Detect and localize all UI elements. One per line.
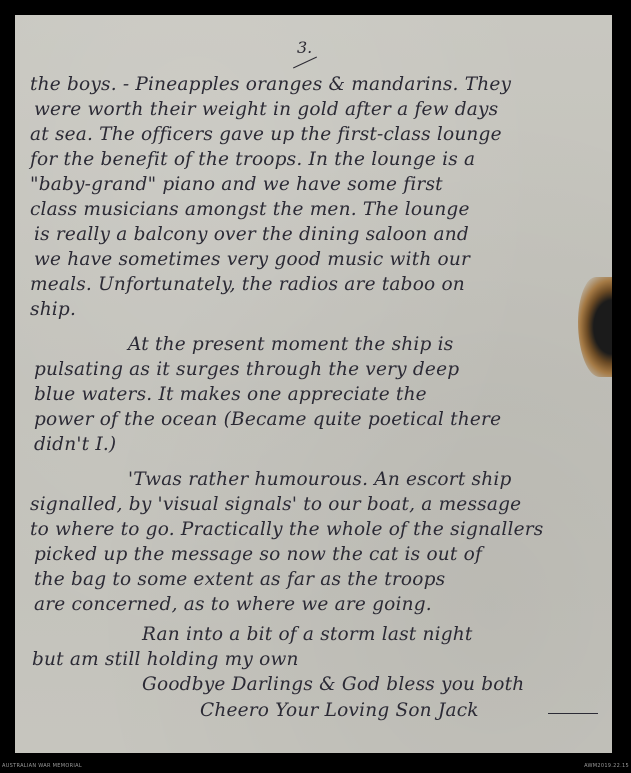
letter-line: but am still holding my own xyxy=(32,651,299,670)
letter-line: power of the ocean (Became quite poetica… xyxy=(34,411,501,430)
letter-line: to where to go. Practically the whole of… xyxy=(30,521,543,540)
letter-line: Goodbye Darlings & God bless you both xyxy=(142,676,524,695)
letter-line: the boys. - Pineapples oranges & mandari… xyxy=(30,76,511,95)
burn-mark xyxy=(578,277,612,377)
letter-line: meals. Unfortunately, the radios are tab… xyxy=(30,276,465,295)
letter-line: pulsating as it surges through the very … xyxy=(34,361,459,380)
letter-line: didn't I.) xyxy=(34,436,116,455)
letter-line: class musicians amongst the men. The lou… xyxy=(30,201,470,220)
letter-line: "baby-grand" piano and we have some firs… xyxy=(30,176,443,195)
archive-reference: AWM2019.22.15 xyxy=(584,763,629,769)
letter-line: signalled, by 'visual signals' to our bo… xyxy=(30,496,521,515)
letter-line: At the present moment the ship is xyxy=(128,336,453,355)
letter-line: at sea. The officers gave up the first-c… xyxy=(30,126,502,145)
letter-line: were worth their weight in gold after a … xyxy=(34,101,498,120)
letter-line: picked up the message so now the cat is … xyxy=(34,546,482,565)
scan-frame: 3. the boys. - Pineapples oranges & mand… xyxy=(0,0,631,773)
signature-line: Cheero Your Loving Son Jack xyxy=(200,702,479,721)
letter-line: we have sometimes very good music with o… xyxy=(34,251,470,270)
letter-line: ship. xyxy=(30,301,76,320)
letter-line: the bag to some extent as far as the tro… xyxy=(34,571,445,590)
archive-credit: AUSTRALIAN WAR MEMORIAL xyxy=(2,763,82,769)
letter-line: Ran into a bit of a storm last night xyxy=(142,626,473,645)
letter-line: for the benefit of the troops. In the lo… xyxy=(30,151,475,170)
page-number: 3. xyxy=(297,38,312,57)
letter-line: are concerned, as to where we are going. xyxy=(34,596,432,615)
letter-line: 'Twas rather humourous. An escort ship xyxy=(128,471,512,490)
signature-flourish xyxy=(548,713,598,714)
letter-line: is really a balcony over the dining salo… xyxy=(34,226,469,245)
letter-line: blue waters. It makes one appreciate the xyxy=(34,386,427,405)
